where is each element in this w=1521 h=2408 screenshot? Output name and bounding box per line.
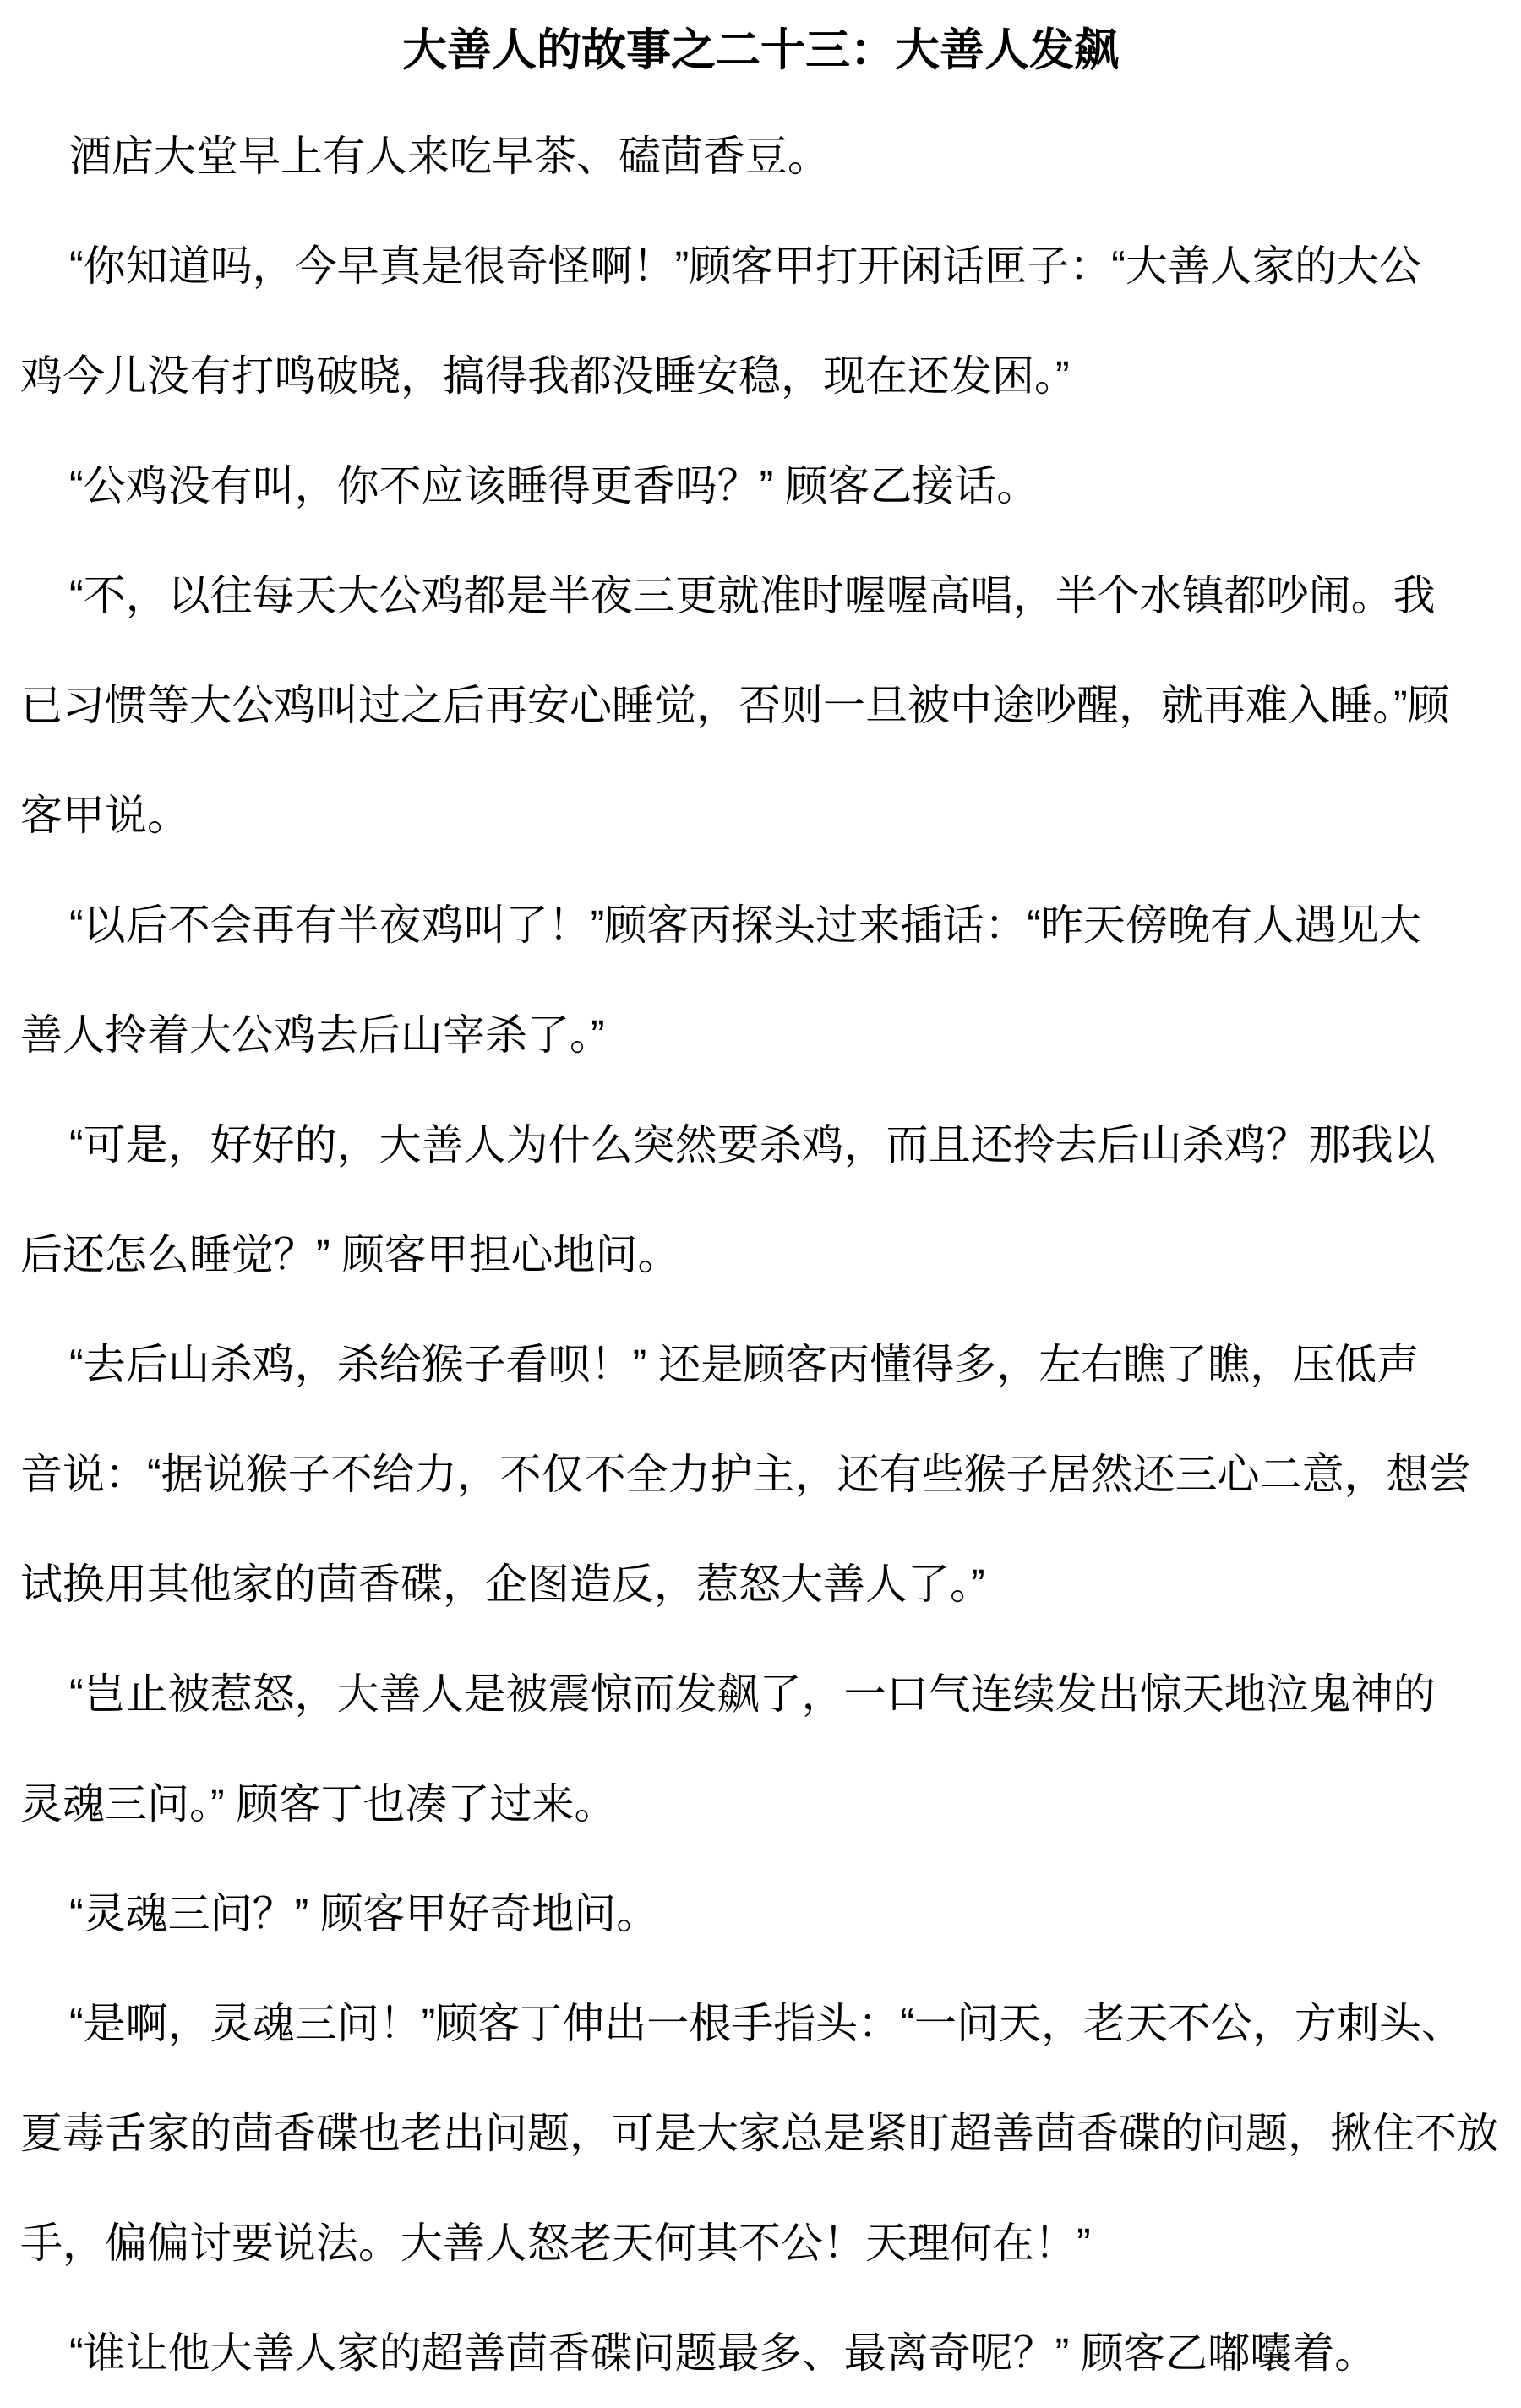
text-line: “你知道吗，今早真是很奇怪啊！”顾客甲打开闲话匣子：“大善人家的大公 [0, 211, 1521, 321]
text-line: 善人拎着大公鸡去后山宰杀了。” [0, 980, 1521, 1090]
text-line: 后还怎么睡觉？” 顾客甲担心地问。 [0, 1200, 1521, 1310]
paragraph: “以后不会再有半夜鸡叫了！”顾客丙探头过来插话：“昨天傍晚有人遇见大善人拎着大公… [0, 870, 1521, 1090]
text-line: 试换用其他家的茴香碟，企图造反，惹怒大善人了。” [0, 1529, 1521, 1639]
text-line: “不，以往每天大公鸡都是半夜三更就准时喔喔高唱，半个水镇都吵闹。我 [0, 541, 1521, 651]
paragraph: 酒店大堂早上有人来吃早茶、磕茴香豆。 [0, 101, 1521, 211]
text-line: 酒店大堂早上有人来吃早茶、磕茴香豆。 [0, 101, 1521, 211]
text-line: 客甲说。 [0, 760, 1521, 870]
paragraph: “公鸡没有叫，你不应该睡得更香吗？” 顾客乙接话。 [0, 431, 1521, 541]
paragraph: “是啊，灵魂三问！”顾客丁伸出一根手指头：“一问天，老天不公，方刺头、夏毒舌家的… [0, 1969, 1521, 2298]
paragraph: “灵魂三问？” 顾客甲好奇地问。 [0, 1859, 1521, 1969]
text-line: “岂止被惹怒，大善人是被震惊而发飙了，一口气连续发出惊天地泣鬼神的 [0, 1639, 1521, 1749]
document-body: 酒店大堂早上有人来吃早茶、磕茴香豆。“你知道吗，今早真是很奇怪啊！”顾客甲打开闲… [0, 101, 1521, 2408]
text-line: 手，偏偏讨要说法。大善人怒老天何其不公！天理何在！” [0, 2188, 1521, 2298]
text-line: “灵魂三问？” 顾客甲好奇地问。 [0, 1859, 1521, 1969]
text-line: “去后山杀鸡，杀给猴子看呗！” 还是顾客丙懂得多，左右瞧了瞧，压低声 [0, 1310, 1521, 1419]
paragraph: “你知道吗，今早真是很奇怪啊！”顾客甲打开闲话匣子：“大善人家的大公鸡今儿没有打… [0, 211, 1521, 431]
document-title: 大善人的故事之二十三：大善人发飙 [0, 0, 1521, 101]
paragraph: “去后山杀鸡，杀给猴子看呗！” 还是顾客丙懂得多，左右瞧了瞧，压低声音说：“据说… [0, 1310, 1521, 1639]
paragraph: “不，以往每天大公鸡都是半夜三更就准时喔喔高唱，半个水镇都吵闹。我已习惯等大公鸡… [0, 541, 1521, 870]
text-line: 夏毒舌家的茴香碟也老出问题，可是大家总是紧盯超善茴香碟的问题，揪住不放 [0, 2078, 1521, 2188]
text-line: “公鸡没有叫，你不应该睡得更香吗？” 顾客乙接话。 [0, 431, 1521, 541]
text-line: “谁让他大善人家的超善茴香碟问题最多、最离奇呢？” 顾客乙嘟囔着。 [0, 2298, 1521, 2408]
text-line: 灵魂三问。” 顾客丁也凑了过来。 [0, 1749, 1521, 1859]
text-line: 音说：“据说猴子不给力，不仅不全力护主，还有些猴子居然还三心二意，想尝 [0, 1419, 1521, 1529]
paragraph: “可是，好好的，大善人为什么突然要杀鸡，而且还拎去后山杀鸡？那我以后还怎么睡觉？… [0, 1090, 1521, 1310]
document-page: 大善人的故事之二十三：大善人发飙 酒店大堂早上有人来吃早茶、磕茴香豆。“你知道吗… [0, 0, 1521, 2408]
text-line: “可是，好好的，大善人为什么突然要杀鸡，而且还拎去后山杀鸡？那我以 [0, 1090, 1521, 1200]
text-line: “以后不会再有半夜鸡叫了！”顾客丙探头过来插话：“昨天傍晚有人遇见大 [0, 870, 1521, 980]
paragraph: “谁让他大善人家的超善茴香碟问题最多、最离奇呢？” 顾客乙嘟囔着。 [0, 2298, 1521, 2408]
text-line: “是啊，灵魂三问！”顾客丁伸出一根手指头：“一问天，老天不公，方刺头、 [0, 1969, 1521, 2078]
text-line: 鸡今儿没有打鸣破晓，搞得我都没睡安稳，现在还发困。” [0, 321, 1521, 431]
text-line: 已习惯等大公鸡叫过之后再安心睡觉，否则一旦被中途吵醒，就再难入睡。”顾 [0, 651, 1521, 760]
paragraph: “岂止被惹怒，大善人是被震惊而发飙了，一口气连续发出惊天地泣鬼神的灵魂三问。” … [0, 1639, 1521, 1859]
